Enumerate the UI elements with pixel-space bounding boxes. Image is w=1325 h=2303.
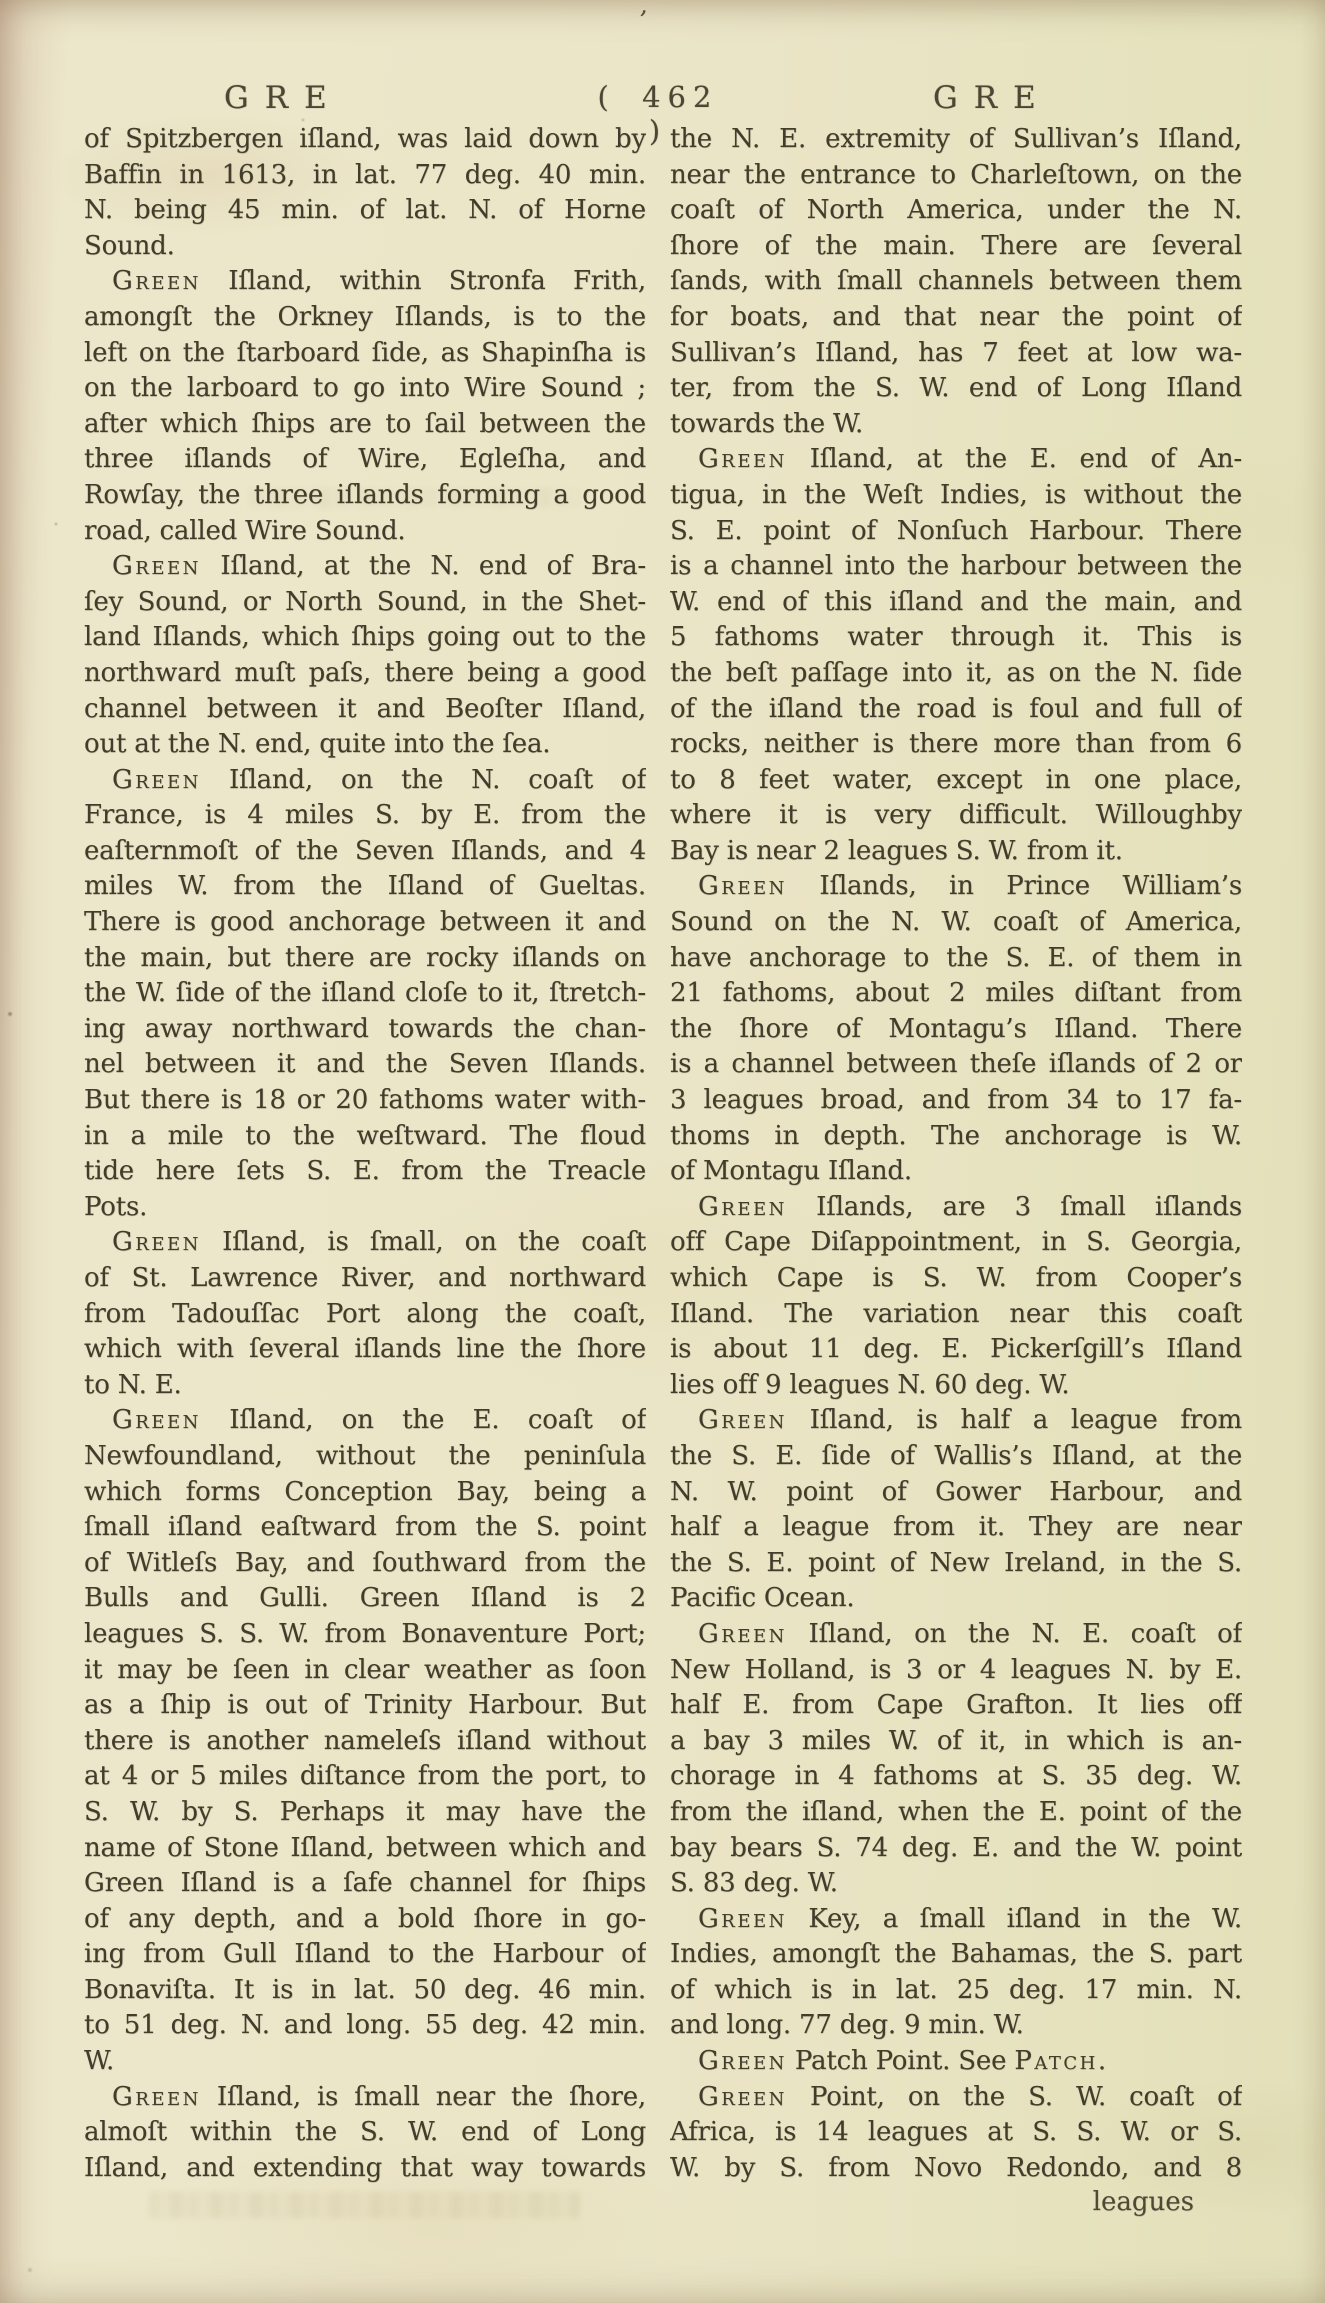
text-line: Bay is near 2 leagues S. W. from it. xyxy=(670,834,1242,870)
text-line: W. by S. from Novo Redondo, and 8 xyxy=(670,2151,1242,2187)
text-line: Indies, amongſt the Bahamas, the S. part xyxy=(670,1937,1242,1973)
text-line: and long. 77 deg. 9 min. W. xyxy=(670,2008,1242,2044)
text-line: have anchorage to the S. E. of them in xyxy=(670,941,1242,977)
stray-mark: ’ xyxy=(636,6,648,37)
entry-keyword: Green xyxy=(698,1904,787,1934)
text-line: which forms Conception Bay, being a xyxy=(84,1475,646,1511)
text-line: the main, but there are rocky iſlands on xyxy=(84,941,646,977)
text-line: to 51 deg. N. and long. 55 deg. 42 min. xyxy=(84,2008,646,2044)
text-line: Sullivan’s Iſland, has 7 feet at low wa- xyxy=(670,336,1242,372)
text-line: where it is very difficult. Willoughby xyxy=(670,798,1242,834)
text-line: Green Iſland, within Stronfa Frith, xyxy=(84,264,646,300)
entry-keyword: Green xyxy=(698,2046,787,2076)
show-through-ghost xyxy=(150,2192,580,2218)
text-line: Green Iſland, at the E. end of An- xyxy=(670,442,1242,478)
entry-keyword: Green xyxy=(112,266,201,296)
text-line: ing away northward towards the chan- xyxy=(84,1012,646,1048)
entry-keyword: Green xyxy=(698,2082,787,2112)
running-title-left: GRE xyxy=(224,80,343,116)
text-line: at 4 or 5 miles diſtance from the port, … xyxy=(84,1759,646,1795)
entry-keyword: Green xyxy=(698,1192,787,1222)
text-line: 5 fathoms water through it. This is xyxy=(670,620,1242,656)
text-line: ſands, with ſmall channels between them xyxy=(670,264,1242,300)
text-line: of Spitzbergen iſland, was laid down by xyxy=(84,122,646,158)
text-line: Green Iſland, is ſmall near the ſhore, xyxy=(84,2080,646,2116)
text-line: ſhore of the main. There are ſeveral xyxy=(670,229,1242,265)
text-line: the beſt paſſage into it, as on the N. ſ… xyxy=(670,656,1242,692)
text-column-right: the N. E. extremity of Sullivan’s Iſland… xyxy=(670,122,1242,2186)
text-line: Iſland, and extending that way towards xyxy=(84,2151,646,2187)
text-line: the S. E. ſide of Wallis’s Iſland, at th… xyxy=(670,1439,1242,1475)
text-line: But there is 18 or 20 fathoms water with… xyxy=(84,1083,646,1119)
text-line: Green Point, on the S. W. coaſt of xyxy=(670,2080,1242,2116)
entry-keyword: Green xyxy=(112,1227,201,1257)
running-title-right: GRE xyxy=(933,80,1052,116)
text-line: Green Iſland is a ſafe channel for ſhips xyxy=(84,1866,646,1902)
text-line: name of Stone Iſland, between which and xyxy=(84,1831,646,1867)
text-line: coaſt of North America, under the N. xyxy=(670,193,1242,229)
text-line: land Iſlands, which ſhips going out to t… xyxy=(84,620,646,656)
text-line: northward muſt paſs, there being a good xyxy=(84,656,646,692)
text-line: half E. from Cape Grafton. It lies off xyxy=(670,1688,1242,1724)
text-line: near the entrance to Charleſtown, on the xyxy=(670,158,1242,194)
text-line: W. xyxy=(84,2044,646,2080)
text-line: N. W. point of Gower Harbour, and xyxy=(670,1475,1242,1511)
text-line: Rowſay, the three iſlands forming a good xyxy=(84,478,646,514)
text-line: of Montagu Iſland. xyxy=(670,1154,1242,1190)
entry-keyword: Green xyxy=(698,444,787,474)
text-line: Green Iſland, is half a league from xyxy=(670,1403,1242,1439)
text-line: road, called Wire Sound. xyxy=(84,514,646,550)
text-line: a bay 3 miles W. of it, in which is an- xyxy=(670,1724,1242,1760)
text-line: Pots. xyxy=(84,1190,646,1226)
text-line: almoſt within the S. W. end of Long xyxy=(84,2115,646,2151)
text-line: S. W. by S. Perhaps it may have the xyxy=(84,1795,646,1831)
text-line: Sound. xyxy=(84,229,646,265)
text-line: Green Iſlands, in Prince William’s xyxy=(670,869,1242,905)
text-line: out at the N. end, quite into the ſea. xyxy=(84,727,646,763)
text-line: amongſt the Orkney Iſlands, is to the xyxy=(84,300,646,336)
text-line: ſmall iſland eaſtward from the S. point xyxy=(84,1510,646,1546)
text-line: in a mile to the weſtward. The floud xyxy=(84,1119,646,1155)
text-line: channel between it and Beoſter Iſland, xyxy=(84,692,646,728)
text-line: for boats, and that near the point of xyxy=(670,300,1242,336)
text-line: from Tadouſſac Port along the coaſt, xyxy=(84,1297,646,1333)
text-line: the W. ſide of the iſland cloſe to it, ſ… xyxy=(84,976,646,1012)
text-line: N. being 45 min. of lat. N. of Horne xyxy=(84,193,646,229)
text-line: Green Iſland, on the N. coaſt of xyxy=(84,763,646,799)
text-line: of any depth, and a bold ſhore in go- xyxy=(84,1902,646,1938)
text-line: tigua, in the Weſt Indies, is without th… xyxy=(670,478,1242,514)
text-line: S. E. point of Nonſuch Harbour. There xyxy=(670,514,1242,550)
entry-keyword: Green xyxy=(698,1619,787,1649)
text-line: of Witleſs Bay, and ſouthward from the xyxy=(84,1546,646,1582)
text-line: Bonaviſta. It is in lat. 50 deg. 46 min. xyxy=(84,1973,646,2009)
text-line: Iſland. The variation near this coaſt xyxy=(670,1297,1242,1333)
text-line: nel between it and the Seven Iſlands. xyxy=(84,1047,646,1083)
entry-keyword: Green xyxy=(112,765,201,795)
text-line: thoms in depth. The anchorage is W. xyxy=(670,1119,1242,1155)
text-line: of which is in lat. 25 deg. 17 min. N. xyxy=(670,1973,1242,2009)
text-line: Newfoundland, without the peninſula xyxy=(84,1439,646,1475)
text-line: half a league from it. They are near xyxy=(670,1510,1242,1546)
text-line: tide here ſets S. E. from the Treacle xyxy=(84,1154,646,1190)
text-line: New Holland, is 3 or 4 leagues N. by E. xyxy=(670,1653,1242,1689)
text-line: Africa, is 14 leagues at S. S. W. or S. xyxy=(670,2115,1242,2151)
text-line: There is good anchorage between it and xyxy=(84,905,646,941)
text-line: Green Iſland, on the E. coaſt of xyxy=(84,1403,646,1439)
entry-keyword: Green xyxy=(112,1405,201,1435)
text-line: from the iſland, when the E. point of th… xyxy=(670,1795,1242,1831)
text-line: Green Iſland, at the N. end of Bra- xyxy=(84,549,646,585)
text-line: of St. Lawrence River, and northward xyxy=(84,1261,646,1297)
text-line: which Cape is S. W. from Cooper’s xyxy=(670,1261,1242,1297)
text-line: after which ſhips are to ſail between th… xyxy=(84,407,646,443)
text-line: three iſlands of Wire, Egleſha, and xyxy=(84,442,646,478)
text-line: Green Iſland, on the N. E. coaſt of xyxy=(670,1617,1242,1653)
text-line: bay bears S. 74 deg. E. and the W. point xyxy=(670,1831,1242,1867)
text-line: S. 83 deg. W. xyxy=(670,1866,1242,1902)
text-line: 21 fathoms, about 2 miles diſtant from xyxy=(670,976,1242,1012)
text-line: Bulls and Gulli. Green Iſland is 2 xyxy=(84,1581,646,1617)
entry-keyword: Patch xyxy=(1014,2046,1097,2076)
text-line: towards the W. xyxy=(670,407,1242,443)
text-line: as a ſhip is out of Trinity Harbour. But xyxy=(84,1688,646,1724)
text-line: lies off 9 leagues N. 60 deg. W. xyxy=(670,1368,1242,1404)
text-line: is a channel into the harbour between th… xyxy=(670,549,1242,585)
text-line: chorage in 4 fathoms at S. 35 deg. W. xyxy=(670,1759,1242,1795)
text-line: there is another nameleſs iſland without xyxy=(84,1724,646,1760)
text-line: is a channel between theſe iſlands of 2 … xyxy=(670,1047,1242,1083)
entry-keyword: Green xyxy=(112,2082,201,2112)
catchword: leagues xyxy=(670,2184,1194,2220)
text-line: Pacific Ocean. xyxy=(670,1581,1242,1617)
entry-keyword: Green xyxy=(698,871,787,901)
text-line: Sound on the N. W. coaſt of America, xyxy=(670,905,1242,941)
text-line: which with ſeveral iſlands line the ſhor… xyxy=(84,1332,646,1368)
text-line: off Cape Diſappointment, in S. Georgia, xyxy=(670,1225,1242,1261)
text-column-left: of Spitzbergen iſland, was laid down byB… xyxy=(84,122,646,2186)
text-line: leagues S. S. W. from Bonaventure Port; xyxy=(84,1617,646,1653)
text-line: the N. E. extremity of Sullivan’s Iſland… xyxy=(670,122,1242,158)
text-line: miles W. from the Iſland of Gueltas. xyxy=(84,869,646,905)
text-line: to 8 feet water, except in one place, xyxy=(670,763,1242,799)
text-line: of the iſland the road is foul and full … xyxy=(670,692,1242,728)
text-line: France, is 4 miles S. by E. from the xyxy=(84,798,646,834)
text-line: to N. E. xyxy=(84,1368,646,1404)
text-line: it may be ſeen in clear weather as ſoon xyxy=(84,1653,646,1689)
text-line: W. end of this iſland and the main, and xyxy=(670,585,1242,621)
text-line: Green Iſlands, are 3 ſmall iſlands xyxy=(670,1190,1242,1226)
text-line: Green Patch Point. See Patch. xyxy=(670,2044,1242,2080)
entry-keyword: Green xyxy=(698,1405,787,1435)
text-line: left on the ſtarboard ſide, as Shapinſha… xyxy=(84,336,646,372)
text-line: Green Key, a ſmall iſland in the W. xyxy=(670,1902,1242,1938)
text-line: ing from Gull Iſland to the Harbour of xyxy=(84,1937,646,1973)
entry-keyword: Green xyxy=(112,551,201,581)
text-line: rocks, neither is there more than from 6 xyxy=(670,727,1242,763)
text-line: ter, from the S. W. end of Long Iſland xyxy=(670,371,1242,407)
text-line: 3 leagues broad, and from 34 to 17 fa- xyxy=(670,1083,1242,1119)
text-line: ſey Sound, or North Sound, in the Shet- xyxy=(84,585,646,621)
text-line: eaſternmoſt of the Seven Iſlands, and 4 xyxy=(84,834,646,870)
text-line: the ſhore of Montagu’s Iſland. There xyxy=(670,1012,1242,1048)
text-line: the S. E. point of New Ireland, in the S… xyxy=(670,1546,1242,1582)
text-line: Green Iſland, is ſmall, on the coaſt xyxy=(84,1225,646,1261)
text-line: is about 11 deg. E. Pickerſgill’s Iſland xyxy=(670,1332,1242,1368)
text-line: on the larboard to go into Wire Sound ; xyxy=(84,371,646,407)
text-line: Baffin in 1613, in lat. 77 deg. 40 min. xyxy=(84,158,646,194)
book-page: GRE ( 462 ) GRE ’ of Spitzbergen iſland,… xyxy=(0,0,1325,2303)
